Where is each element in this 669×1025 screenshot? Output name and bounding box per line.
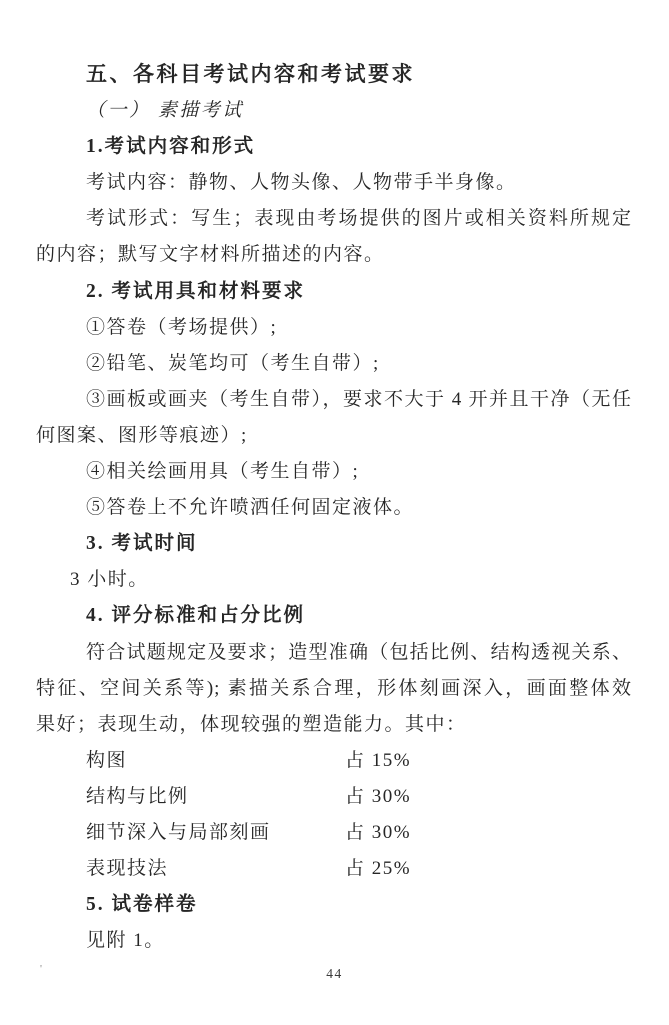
document-body: 五、各科目考试内容和考试要求 （一） 素描考试 1.考试内容和形式 考试内容：静… bbox=[36, 57, 632, 959]
score-label: 构图 bbox=[86, 743, 345, 779]
section-4-heading: 4. 评分标准和占分比例 bbox=[36, 598, 632, 634]
score-value: 占 25% bbox=[345, 858, 411, 879]
score-value: 占 15% bbox=[345, 750, 411, 771]
body-line: 果好；表现生动，体现较强的塑造能力。其中： bbox=[36, 707, 632, 743]
list-item: ④相关绘画用具（考生自带）; bbox=[36, 454, 632, 490]
score-value: 占 30% bbox=[345, 786, 411, 807]
score-row: 结构与比例占 30% bbox=[36, 779, 632, 815]
list-item: ⑤答卷上不允许喷洒任何固定液体。 bbox=[36, 490, 632, 526]
list-item: ②铅笔、炭笔均可（考生自带）; bbox=[36, 346, 632, 382]
section-1-heading: 1.考试内容和形式 bbox=[36, 129, 632, 165]
section-5-heading: 5. 试卷样卷 bbox=[36, 887, 632, 923]
section-3-heading: 3. 考试时间 bbox=[36, 526, 632, 562]
score-label: 细节深入与局部刻画 bbox=[86, 815, 345, 851]
body-line: 考试形式：写生；表现由考场提供的图片或相关资料所规定 bbox=[36, 201, 632, 237]
score-label: 结构与比例 bbox=[86, 779, 345, 815]
body-line: 考试内容：静物、人物头像、人物带手半身像。 bbox=[36, 165, 632, 201]
score-row: 表现技法占 25% bbox=[36, 851, 632, 887]
list-item: ③画板或画夹（考生自带），要求不大于 4 开并且干净（无任 bbox=[36, 382, 632, 418]
document-page: 五、各科目考试内容和考试要求 （一） 素描考试 1.考试内容和形式 考试内容：静… bbox=[0, 0, 669, 1025]
main-heading: 五、各科目考试内容和考试要求 bbox=[36, 57, 632, 93]
score-label: 表现技法 bbox=[86, 851, 345, 887]
score-row: 构图占 15% bbox=[36, 743, 632, 779]
score-row: 细节深入与局部刻画占 30% bbox=[36, 815, 632, 851]
body-line: 符合试题规定及要求；造型准确（包括比例、结构透视关系、 bbox=[36, 635, 632, 671]
score-value: 占 30% bbox=[345, 822, 411, 843]
body-line: 见附 1。 bbox=[36, 923, 632, 959]
sub-heading: （一） 素描考试 bbox=[36, 93, 632, 129]
list-item: ①答卷（考场提供）; bbox=[36, 310, 632, 346]
page-number: 44 bbox=[0, 966, 669, 982]
list-item-continuation: 何图案、图形等痕迹）; bbox=[36, 418, 632, 454]
body-line: 特征、空间关系等); 素描关系合理，形体刻画深入，画面整体效 bbox=[36, 671, 632, 707]
body-line: 的内容；默写文字材料所描述的内容。 bbox=[36, 237, 632, 273]
section-2-heading: 2. 考试用具和材料要求 bbox=[36, 274, 632, 310]
body-line: 3 小时。 bbox=[36, 562, 632, 598]
